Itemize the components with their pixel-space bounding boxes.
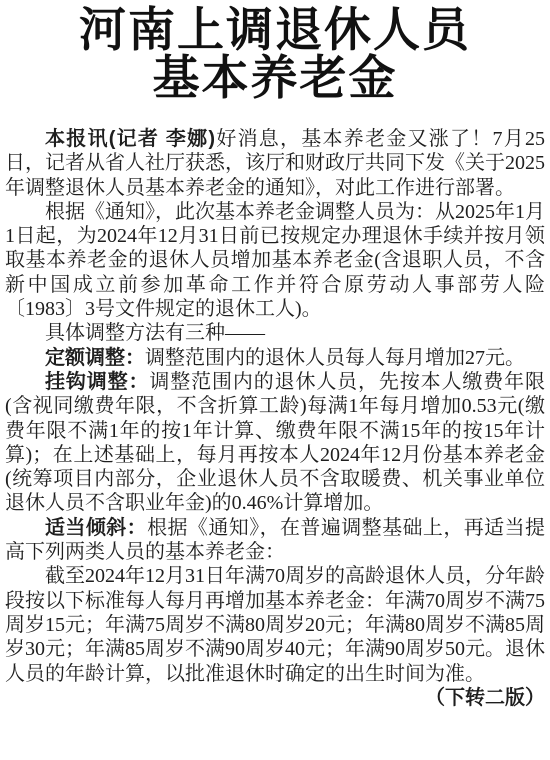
paragraph-text: 调整范围内的退休人员每人每月增加27元。: [145, 347, 525, 369]
paragraph: 截至2024年12月31日年满70周岁的高龄退休人员，分年龄段按以下标准每人每月…: [5, 564, 545, 685]
paragraph: 适当倾斜：根据《通知》，在普遍调整基础上，再适当提高下列两类人员的基本养老金：: [5, 516, 545, 565]
paragraph: 具体调整方法有三种——: [5, 321, 545, 345]
paragraph-lead: 本报讯(记者 李娜): [45, 128, 215, 150]
continuation-notice: （下转二版）: [425, 686, 545, 710]
paragraph-text: 根据《通知》，此次基本养老金调整人员为：从2025年1月1日起，为2024年12…: [5, 201, 545, 320]
newspaper-page: 河南上调退休人员 基本养老金 本报讯(记者 李娜)好消息，基本养老金又涨了！7月…: [0, 0, 550, 760]
headline-line-1: 河南上调退休人员: [79, 3, 471, 56]
paragraph: 定额调整：调整范围内的退休人员每人每月增加27元。: [5, 346, 545, 370]
article-body: 本报讯(记者 李娜)好消息，基本养老金又涨了！7月25日，记者从省人社厅获悉，该…: [5, 127, 545, 686]
paragraph-lead: 适当倾斜：: [45, 517, 147, 539]
paragraph: 根据《通知》，此次基本养老金调整人员为：从2025年1月1日起，为2024年12…: [5, 200, 545, 321]
paragraph: 本报讯(记者 李娜)好消息，基本养老金又涨了！7月25日，记者从省人社厅获悉，该…: [5, 127, 545, 200]
paragraph-text: 具体调整方法有三种——: [45, 322, 265, 344]
paragraph: 挂钩调整：调整范围内的退休人员，先按本人缴费年限(含视同缴费年限，不含折算工龄)…: [5, 370, 545, 516]
paragraph-lead: 挂钩调整：: [45, 371, 149, 393]
paragraph-text: 截至2024年12月31日年满70周岁的高龄退休人员，分年龄段按以下标准每人每月…: [5, 565, 545, 684]
paragraph-lead: 定额调整：: [45, 347, 145, 369]
headline: 河南上调退休人员 基本养老金: [5, 6, 545, 102]
headline-line-2: 基本养老金: [153, 51, 398, 104]
